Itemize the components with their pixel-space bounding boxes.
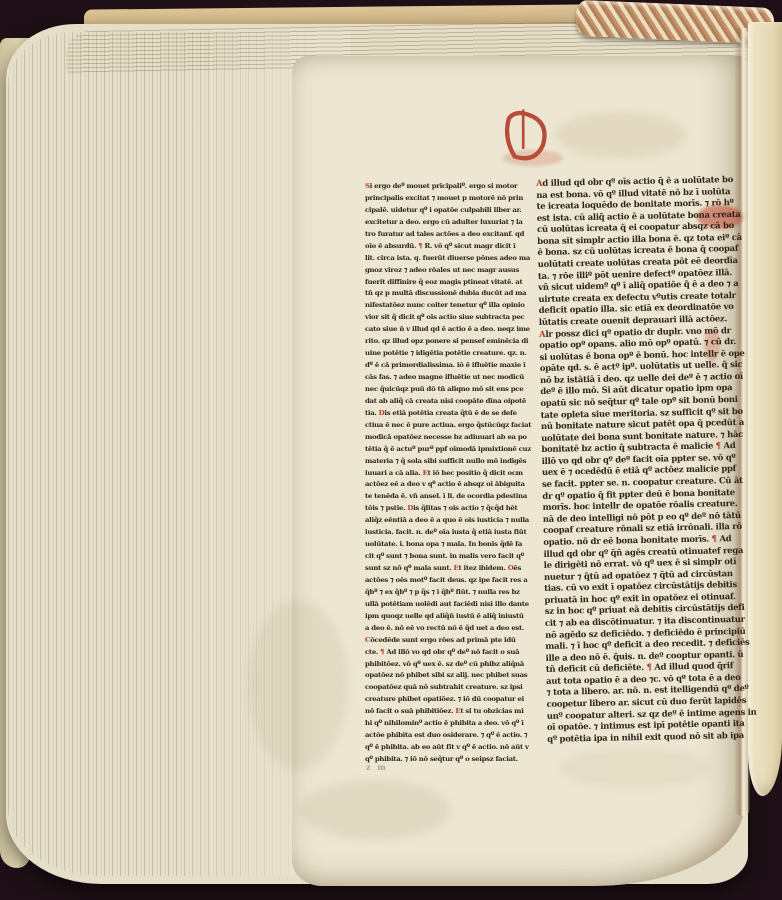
photograph-of-open-incunable: Si ergo deº mouet prīcipaliº. ergo si mo… <box>0 0 782 900</box>
text-line: nifestatōez nunc coiter tenetur qº illa … <box>365 300 527 312</box>
rubric-mark: ¶ <box>646 663 651 673</box>
text-line: ipm quoqz uelle qd aliq̃ñ iustū ē aliq̃ … <box>365 611 527 623</box>
rubric-mark: D <box>407 504 413 512</box>
text-line: opatōez nō phibet sibi sz alij. nec phib… <box>365 670 527 682</box>
text-line: Cōcedēde sunt ergo rōes ad primā pte idū <box>365 635 527 647</box>
rubric-mark: O <box>508 564 514 572</box>
text-line: tōis ⁊ pstie. Dis q̃litas ⁊ ois actio ⁊ … <box>365 503 527 515</box>
text-line: actōez eē a deo v qº actio ē absqz oī āb… <box>365 479 527 491</box>
text-line: coopatōez quā nō subtrahit creature. sz … <box>365 682 527 694</box>
text-line: uine potētie ⁊ idigētia potētie creature… <box>365 348 527 360</box>
text-line: dat ab aliq̃ cā creata nisi coopāte dīna… <box>365 396 527 408</box>
parchment-stain <box>300 780 450 840</box>
text-line: iuuari a cā alia. Et iō hec positio q̃ d… <box>365 468 527 480</box>
text-line: ctiua ē nec ē pure actiua. ergo q̃stūcūq… <box>365 420 527 432</box>
text-line: tia. Dis etiā potētia creata q̃tū ē de s… <box>365 408 527 420</box>
text-line: tñ qz p multā discussionē dubia ducūt ad… <box>365 288 527 300</box>
text-line: hi qº nihilominº actio ē phibita a deo. … <box>365 718 527 730</box>
rubric-mark: E <box>455 707 460 715</box>
text-line: gnoz viroz ⁊ adeo rōales ut nec magr aus… <box>365 265 527 277</box>
parchment-stain <box>560 748 710 788</box>
text-line: cit qº sunt ⁊ bona sunt. in malis vero f… <box>365 551 527 563</box>
rubric-mark: A <box>536 179 542 189</box>
rubric-mark: A <box>539 329 545 339</box>
text-line: oīo ē absurdū. ¶ R. vō qº sicut magr dic… <box>365 241 527 253</box>
parchment-stain <box>556 112 686 158</box>
text-column-right: Ad illud qd obr qº oīs actio q̃ ē a uolū… <box>536 175 759 746</box>
parchment-stain <box>248 600 348 770</box>
text-line: qº ē phibita. ab eo aūt fit v qº ē actio… <box>365 742 527 754</box>
rubric-mark: ¶ <box>418 242 422 250</box>
text-line: phibitōez. vō qº uex ē. sz deº cū phibz … <box>365 659 527 671</box>
text-line: dº ē cā primordialissima. iō ē ifluētie … <box>365 360 527 372</box>
text-line: Si ergo deº mouet prīcipaliº. ergo si mo… <box>365 181 527 193</box>
text-line: cato siue ñ v illud qd ē actio ē a deo. … <box>365 324 527 336</box>
text-line: qº phibita. ⁊ iō nō seq̃tur qº o seipsz … <box>365 754 527 766</box>
text-line: te tenēda ē. vñ ansel. ī li. de ocordia … <box>365 491 527 503</box>
rubric-mark: D <box>379 409 385 417</box>
text-line: materia ⁊ q̃ sola sibi sufficit nullo mō… <box>365 456 527 468</box>
text-column-left: Si ergo deº mouet prīcipaliº. ergo si mo… <box>365 181 527 766</box>
rubric-mark: E <box>423 469 428 477</box>
text-line: uolūtate. i. bona opa ⁊ mala. In bonis q… <box>365 539 527 551</box>
quire-signature-mark: z m <box>366 762 388 772</box>
text-line: actōe phibita est duo osiderare. ⁊ qº ē … <box>365 730 527 742</box>
text-line: vior sit q̃ dicit qº oīs actio siue subt… <box>365 312 527 324</box>
red-offset-stain <box>503 150 563 166</box>
rubric-mark: S <box>365 182 370 190</box>
text-line: aliq̃z eēntiā a deo ē a quo ē ois iustic… <box>365 515 527 527</box>
rubric-mark: E <box>453 564 458 572</box>
text-line: q̃bº ⁊ ex q̃bº ⁊ p q̃s ⁊ ī q̃bº fiūt. ⁊ … <box>365 587 527 599</box>
text-line: actōes ⁊ oēs motº facit deus. qz ipe fac… <box>365 575 527 587</box>
text-line: tētia q̃ ē actuº purº ppf oīmodā ipmixti… <box>365 444 527 456</box>
text-line: excitetur a deo. ergo cū adulter luxuria… <box>365 217 527 229</box>
text-line: modicā opatōez necesse bz adiuuari ab ea… <box>365 432 527 444</box>
text-line: cte. ¶ Ad illō vo qd obr qº deº nō facit… <box>365 647 527 659</box>
text-line: cās fas. ⁊ adeo magne ifluētie ut nec mo… <box>365 372 527 384</box>
rubric-mark: ¶ <box>716 442 721 452</box>
text-line: tro furatur ad tales actōes a deo excita… <box>365 229 527 241</box>
text-line: sunt sz nō qº mala sunt. Et itez ibidem.… <box>365 563 527 575</box>
text-line: lit. circa ista. q. fuerūt diuerse pōnes… <box>365 253 527 265</box>
text-line: a deo ē. nō eē vo rectū nō ē q̃d uet a d… <box>365 623 527 635</box>
rubric-mark: ¶ <box>712 534 717 544</box>
text-line: nō facit o suā phibitiōez. Et si tu obzi… <box>365 706 527 718</box>
rubric-mark: ¶ <box>380 648 384 656</box>
text-line: cipalē. uidetur qº i opatōe culpabili li… <box>365 205 527 217</box>
text-line: nec q̃uicūqz puū dō tñ aliqno mō sit ens… <box>365 384 527 396</box>
text-line: principalis excitat ⁊ mouet p motorē nō … <box>365 193 527 205</box>
rubric-mark: C <box>365 636 370 644</box>
text-line: fuerit diffinire q̃ eoz magis ptineat vi… <box>365 277 527 289</box>
text-line: creature phibet opatiōez. ⁊ iō dū coopat… <box>365 694 527 706</box>
text-line: rito. qz illud opz ponere si pensef emin… <box>365 336 527 348</box>
text-line: ullā potētiam uolēdi aut faciēdi nisi il… <box>365 599 527 611</box>
text-line: iusticia. facit. n. deº oīa iusta q̃ eti… <box>365 527 527 539</box>
